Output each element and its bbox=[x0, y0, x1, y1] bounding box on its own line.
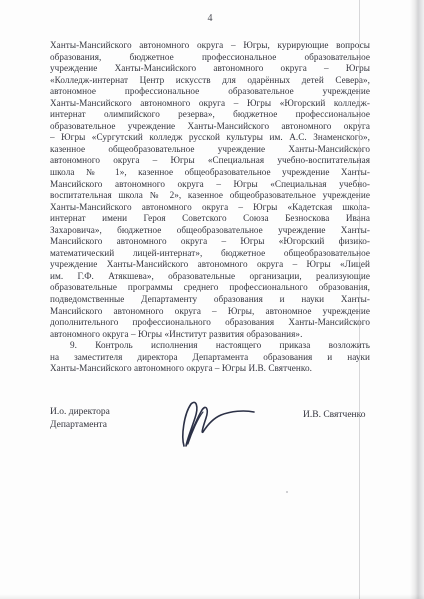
body-text-line: – Югры «Сургутский колледж русской культ… bbox=[50, 132, 370, 144]
body-text-line: учреждение Ханты-Мансийского автономного… bbox=[50, 63, 370, 75]
body-text-line: учреждение Ханты-Мансийского автономного… bbox=[50, 259, 370, 271]
body-text-line: дополнительного профессионального образо… bbox=[50, 317, 370, 329]
handwritten-signature-icon bbox=[176, 396, 256, 454]
signer-name: И.В. Святченко bbox=[303, 410, 366, 420]
body-text-line: Мансийского автономного округа – Югры «Ю… bbox=[50, 236, 370, 248]
body-text-line: Ханты-Мансийского автономного округа – Ю… bbox=[50, 202, 370, 214]
body-text-line: 9. Контроль исполнения настоящего приказ… bbox=[50, 340, 370, 352]
body-text-line: Ханты-Мансийского автономного округа – Ю… bbox=[50, 40, 370, 52]
page-number: 4 bbox=[50, 13, 370, 24]
body-text-line: Мансийского автономного округа – Югры, а… bbox=[50, 306, 370, 318]
scan-bottom-edge-shadow bbox=[0, 594, 424, 599]
scanned-document-page: 4 Ханты-Мансийского автономного округа –… bbox=[0, 0, 424, 599]
scan-speck-artifact bbox=[286, 491, 288, 493]
scan-right-edge-shadow bbox=[410, 0, 424, 599]
body-text-line: Мансийского автономного округа – Югры «С… bbox=[50, 179, 370, 191]
signer-position-line2: Департамента bbox=[50, 419, 110, 432]
body-text-line: воспитательная школа № 2», казенное обще… bbox=[50, 190, 370, 202]
body-text-line: образовательное учреждение Ханты-Мансийс… bbox=[50, 121, 370, 133]
body-text-line: на заместителя директора Департамента об… bbox=[50, 352, 370, 364]
body-text-line: «Колледж-интернат Центр искусств для ода… bbox=[50, 75, 370, 87]
body-text-line: автономного округа – Югры «Специальная у… bbox=[50, 155, 370, 167]
body-text-line: математический лицей-интернат», бюджетно… bbox=[50, 248, 370, 260]
body-text-line: интернат олимпийского резерва», бюджетно… bbox=[50, 109, 370, 121]
body-text-line: Захаровича», бюджетное общеобразовательн… bbox=[50, 225, 370, 237]
body-text-line: школа № 1», казенное общеобразовательное… bbox=[50, 167, 370, 179]
body-text-line: Ханты-Мансийского автономного округа – Ю… bbox=[50, 363, 370, 375]
body-text-line: автономного округа – Югры «Институт разв… bbox=[50, 329, 370, 341]
body-text-line: им. Г.Ф. Атякшева», образовательные орга… bbox=[50, 271, 370, 283]
body-text-line: образовательные программы среднего профе… bbox=[50, 282, 370, 294]
body-text-line: образования, бюджетное профессиональное … bbox=[50, 52, 370, 64]
body-text-line: казенное общеобразовательное учреждение … bbox=[50, 144, 370, 156]
body-text-line: Ханты-Мансийского автономного округа – Ю… bbox=[50, 98, 370, 110]
signer-position-line1: И.о. директора bbox=[50, 406, 110, 419]
body-text-line: подведомственные Департаменту образовани… bbox=[50, 294, 370, 306]
scan-crease-line bbox=[359, 0, 360, 599]
document-body: Ханты-Мансийского автономного округа – Ю… bbox=[50, 40, 370, 375]
signer-position: И.о. директора Департамента bbox=[50, 406, 110, 432]
body-text-line: автономное профессиональное образователь… bbox=[50, 86, 370, 98]
body-text-line: интернат имени Героя Советского Союза Бе… bbox=[50, 213, 370, 225]
